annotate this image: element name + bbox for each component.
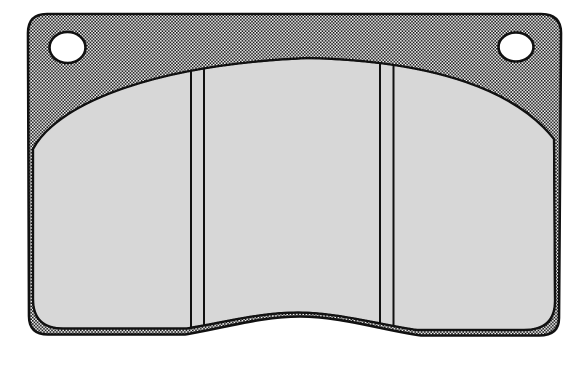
friction-material: [33, 58, 555, 330]
mounting-hole-left: [50, 32, 86, 63]
drawing-canvas: [0, 0, 584, 366]
mounting-hole-right: [499, 33, 534, 62]
brake-pad-drawing: [0, 0, 584, 366]
